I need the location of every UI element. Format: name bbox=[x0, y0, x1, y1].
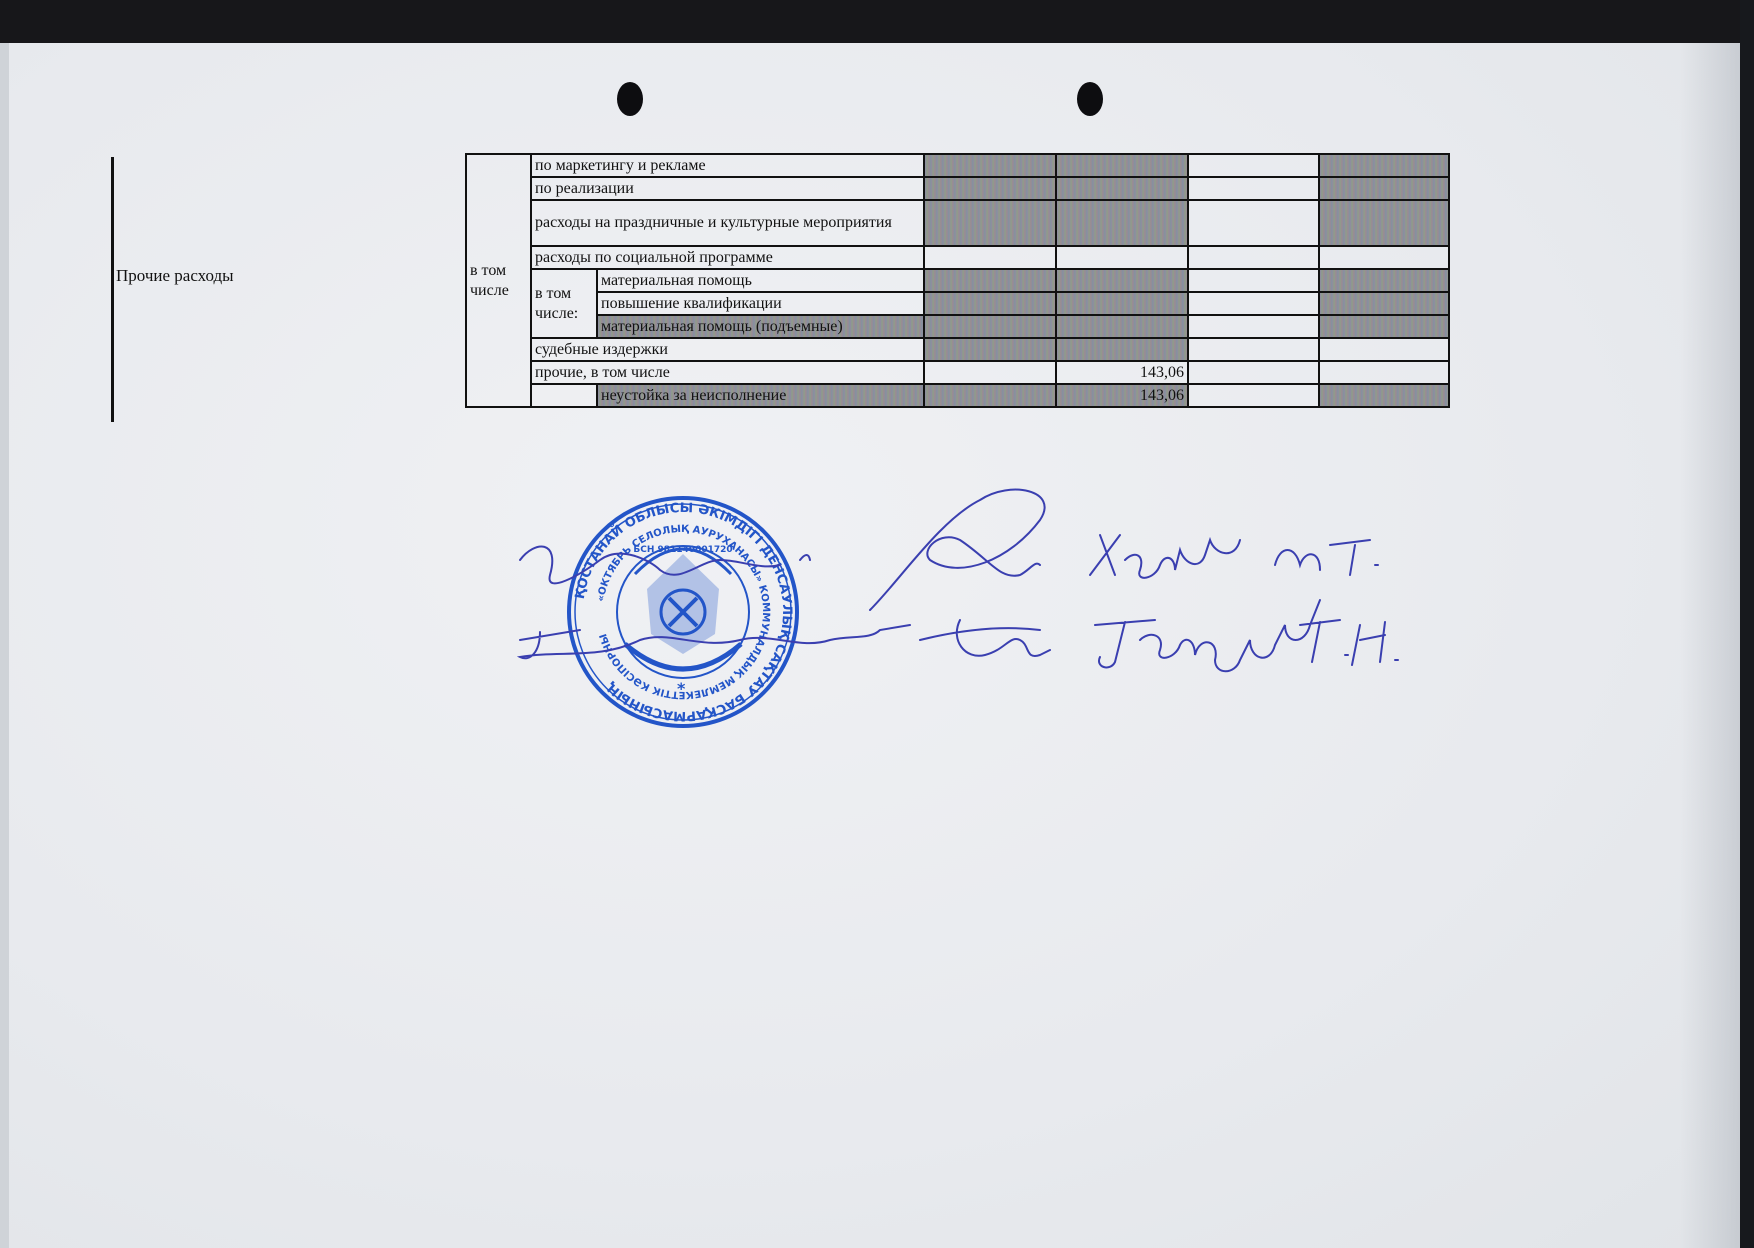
signature-3-icon bbox=[870, 490, 1045, 610]
signature-5-icon bbox=[1090, 535, 1378, 578]
signature-1-icon bbox=[520, 546, 810, 583]
signature-6-icon bbox=[1095, 600, 1398, 671]
signature-4-icon bbox=[920, 620, 1050, 656]
signature-2-icon bbox=[520, 625, 910, 658]
signatures-layer bbox=[0, 0, 1754, 1248]
